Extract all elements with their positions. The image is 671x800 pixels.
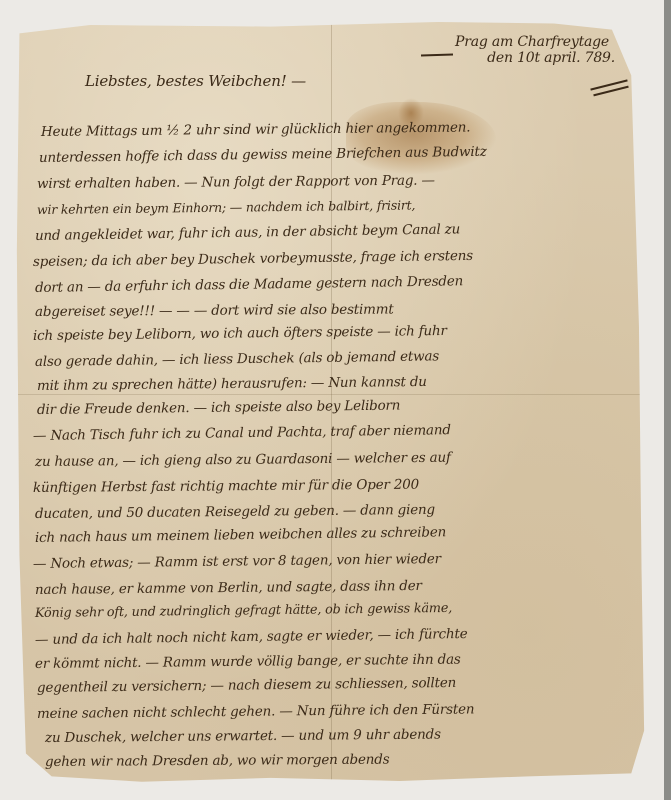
letter-line: speisen; da ich aber bey Duschek vorbeym… (33, 248, 473, 270)
letter-line: abgereiset seye!!! — — — dort wird sie a… (35, 301, 394, 320)
letter-line: wirst erhalten haben. — Nun folgt der Ra… (37, 173, 435, 192)
scanner-edge-strip (664, 0, 671, 800)
letter-line: nach hause, er kamme von Berlin, und sag… (35, 578, 422, 598)
letter-line: ich nach haus um meinem lieben weibchen … (35, 524, 446, 546)
letter-line: meine sachen nicht schlecht gehen. — Nun… (37, 701, 475, 722)
place-underline (421, 53, 453, 56)
place-line: Prag am Charfreytage (455, 34, 609, 50)
letter-line: gegentheil zu versichern; — nach diesem … (37, 675, 456, 696)
salutation: Liebstes, bestes Weibchen! — (85, 72, 306, 90)
letter-line: also gerade dahin, — ich liess Duschek (… (35, 348, 439, 370)
letter-line: zu hause an, — ich gieng also zu Guardas… (35, 450, 451, 470)
letter-line: — und da ich halt noch nicht kam, sagte … (35, 626, 468, 648)
letter-line: ich speiste bey Leliborn, wo ich auch öf… (33, 323, 447, 344)
letter-line: und angekleidet war, fuhr ich aus, in de… (35, 221, 460, 244)
letter-line: dir die Freude denken. — ich speiste als… (37, 398, 400, 418)
letter-line: — Nach Tisch fuhr ich zu Canal und Pacht… (33, 422, 451, 444)
letter-line: dort an — da erfuhr ich dass die Madame … (35, 273, 463, 296)
letter-line: — Noch etwas; — Ramm ist erst vor 8 tage… (33, 551, 441, 572)
date-line: den 10t april. 789. (461, 50, 615, 66)
letter-line: er kömmt nicht. — Ramm wurde völlig bang… (35, 652, 461, 672)
letter-line: wir kehrten ein beym Einhorn; — nachdem … (37, 197, 415, 217)
letter-line: ducaten, und 50 ducaten Reisegeld zu geb… (35, 502, 435, 522)
place-date-heading: Prag am Charfreytage den 10t april. 789. (461, 34, 615, 66)
horizontal-fold-line (13, 394, 657, 395)
letter-page: Prag am Charfreytage den 10t april. 789.… (13, 22, 657, 784)
letter-line: gehen wir nach Dresden ab, wo wir morgen… (45, 752, 390, 770)
letter-line: mit ihm zu sprechen hätte) herausrufen: … (37, 374, 427, 394)
letter-line: künftigen Herbst fast richtig machte mir… (33, 477, 419, 496)
letter-line: zu Duschek, welcher uns erwartet. — und … (45, 727, 441, 746)
letter-line: König sehr oft, und zudringlich gefragt … (35, 601, 452, 621)
